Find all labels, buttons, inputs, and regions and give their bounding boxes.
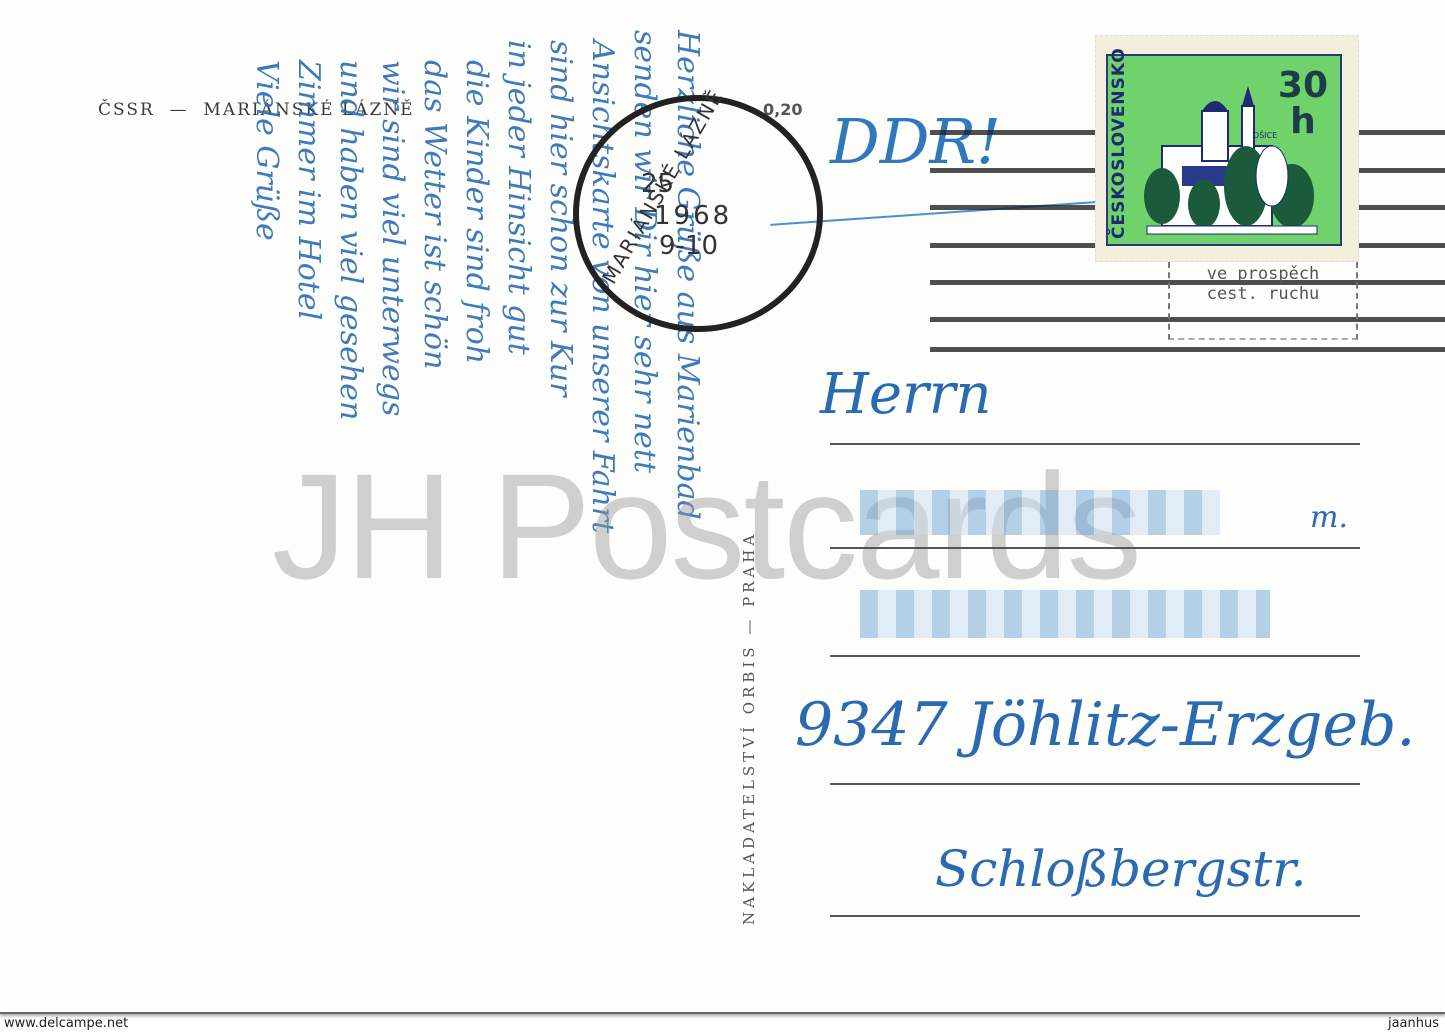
stamp-face: ČESKOSLOVENSKO 30 h KOŠICE bbox=[1106, 54, 1342, 246]
address-line bbox=[830, 655, 1360, 657]
message-column: das Wetter ist schön bbox=[417, 60, 452, 369]
message-column: die Kinder sind froh bbox=[459, 60, 494, 364]
message-column: und haben viel gesehen bbox=[333, 60, 368, 420]
address-line bbox=[830, 547, 1360, 549]
address-salutation: Herrn bbox=[820, 362, 992, 427]
cathedral-icon bbox=[1142, 86, 1322, 241]
postcard-back: ČSSR — MARIÁNSKÉ LÁZNĚ NAKLADATELSTVÍ OR… bbox=[0, 0, 1445, 1014]
slogan-cancel-box: ve prospěch cest. ruchu bbox=[1168, 262, 1358, 340]
postmark: MARIÁNSKÉ LÁZNĚ 25 1968 9-10 bbox=[573, 95, 823, 332]
address-name-suffix: m. bbox=[1310, 500, 1348, 535]
redacted-street bbox=[860, 590, 1270, 638]
message-column: wir sind viel unterwegs bbox=[375, 60, 410, 416]
slogan-line-2: cest. ruchu bbox=[1170, 284, 1356, 304]
address-line bbox=[830, 915, 1360, 917]
postmark-day: 25 bbox=[641, 169, 674, 199]
footer-credit: jaanhus bbox=[1388, 1016, 1439, 1031]
slogan-line-1: ve prospěch bbox=[1170, 264, 1356, 284]
address-city: 9347 Jöhlitz-Erzgeb. bbox=[795, 690, 1415, 760]
stamp-country: ČESKOSLOVENSKO bbox=[1109, 53, 1129, 239]
redacted-name bbox=[860, 490, 1220, 535]
address-line bbox=[830, 783, 1360, 785]
footer-source-link[interactable]: www.delcampe.net bbox=[4, 1016, 128, 1031]
message-column: in jeder Hinsicht gut bbox=[501, 40, 536, 355]
address-street: Schloßbergstr. bbox=[935, 840, 1307, 898]
address-line bbox=[830, 443, 1360, 445]
postmark-time: 9-10 bbox=[659, 231, 718, 261]
postage-stamp: ČESKOSLOVENSKO 30 h KOŠICE bbox=[1095, 35, 1359, 262]
cancel-line bbox=[930, 347, 1445, 352]
message-column: Viele Grüße bbox=[249, 60, 284, 241]
postmark-year: 1968 bbox=[654, 201, 732, 231]
message-column: Zimmer im Hotel bbox=[291, 60, 326, 320]
